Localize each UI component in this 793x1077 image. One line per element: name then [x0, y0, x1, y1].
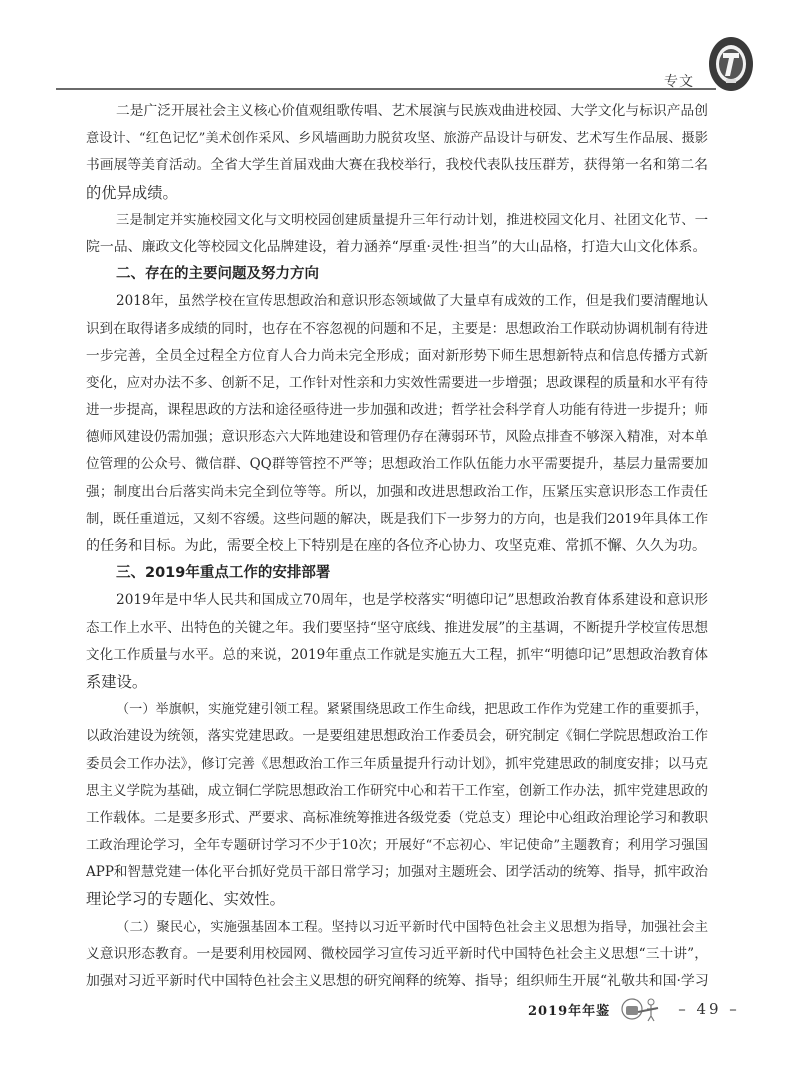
- paragraph-line: 以政治建设为统领，落实党建思政。一是要组建思想政治工作委员会，研究制定《铜仁学院…: [86, 723, 708, 750]
- yearbook-title: 2019年年鉴: [528, 1000, 610, 1019]
- page-number: – 49 –: [678, 1000, 740, 1018]
- section-heading: 二、存在的主要问题及努力方向: [86, 261, 708, 288]
- paragraph-line: 文化工作质量与水平。总的来说，2019年重点工作就是实施五大工程，抓牢“明德印记…: [86, 642, 708, 669]
- paragraph-line: 态工作上水平、出特色的关键之年。我们要坚持“坚守底线、推进发展”的主基调，不断提…: [86, 615, 708, 642]
- page-footer: 2019年年鉴 – 49 –: [528, 996, 740, 1022]
- paragraph-line: 一步完善，全员全过程全方位育人合力尚未完全形成；面对新形势下师生思想新特点和信息…: [86, 343, 708, 370]
- header-divider: [56, 88, 716, 90]
- paragraph-line: 强；制度出台后落实尚未完全到位等等。所以，加强和改进思想政治工作，压紧压实意识形…: [86, 479, 708, 506]
- paragraph-line: （一）举旗帜，实施党建引领工程。紧紧围绕思政工作生命线，把思政工作作为党建工作的…: [86, 696, 708, 723]
- paragraph-line: 义意识形态教育。一是要利用校园网、微校园学习宣传习近平新时代中国特色社会主义思想…: [86, 941, 708, 968]
- paragraph-line: 思主义学院为基础，成立铜仁学院思想政治工作研究中心和若干工作室，创新工作办法，抓…: [86, 778, 708, 805]
- paragraph-line: 意设计、“红色记忆”美术创作采风、乡风墙画助力脱贫攻坚、旅游产品设计与研发、艺术…: [86, 125, 708, 152]
- paragraph-line: 委员会工作办法》，修订完善《思想政治工作三年质量提升行动计划》，抓牢党建思政的制…: [86, 751, 708, 778]
- paragraph-line: 制，既任重道远，又刻不容缓。这些问题的解决，既是我们下一步努力的方向，也是我们2…: [86, 506, 708, 533]
- paragraph-line: （二）聚民心，实施强基固本工程。坚持以习近平新时代中国特色社会主义思想为指导，加…: [86, 914, 708, 941]
- paragraph-line: 工政治理论学习，全年专题研讨学习不少于10次；开展好“不忘初心、牢记使命”主题教…: [86, 832, 708, 859]
- paragraph-line: 德师风建设仍需加强；意识形态六大阵地建设和管理仍存在薄弱环节，风险点排查不够深入…: [86, 424, 708, 451]
- mascot-icon: [618, 996, 662, 1022]
- paragraph-line: 位管理的公众号、微信群、QQ群等管控不严等；思想政治工作队伍能力水平需要提升，基…: [86, 451, 708, 478]
- paragraph-line: 理论学习的专题化、实效性。: [86, 886, 708, 913]
- paragraph-line: 识到在取得诸多成绩的同时，也存在不容忽视的问题和不足，主要是：思想政治工作联动协…: [86, 316, 708, 343]
- paragraph-line: 系建设。: [86, 669, 708, 696]
- paragraph-line: 三是制定并实施校园文化与文明校园创建质量提升三年行动计划，推进校园文化月、社团文…: [86, 207, 708, 234]
- paragraph-line: 院一品、廉政文化等校园文化品牌建设，着力涵养“厚重·灵性·担当”的大山品格，打造…: [86, 234, 708, 261]
- paragraph-line: 进一步提高，课程思政的方法和途径亟待进一步加强和改进；哲学社会科学育人功能有待进…: [86, 397, 708, 424]
- article-body: 二是广泛开展社会主义核心价值观组歌传唱、艺术展演与民族戏曲进校园、大学文化与标识…: [86, 98, 708, 995]
- paragraph-line: 书画展等美育活动。全省大学生首届戏曲大赛在我校举行，我校代表队技压群芳，获得第一…: [86, 152, 708, 179]
- paragraph-line: 加强对习近平新时代中国特色社会主义思想的研究阐释的统筹、指导；组织师生开展“礼敬…: [86, 968, 708, 995]
- section-heading: 三、2019年重点工作的安排部署: [86, 560, 708, 587]
- paragraph-line: APP和智慧党建一体化平台抓好党员干部日常学习；加强对主题班会、团学活动的统筹、…: [86, 859, 708, 886]
- paragraph-line: 二是广泛开展社会主义核心价值观组歌传唱、艺术展演与民族戏曲进校园、大学文化与标识…: [86, 98, 708, 125]
- paragraph-line: 的任务和目标。为此，需要全校上下特别是在座的各位齐心协力、攻坚克难、常抓不懈、久…: [86, 533, 708, 560]
- paragraph-line: 变化，应对办法不多、创新不足，工作针对性亲和力实效性需要进一步增强；思政课程的质…: [86, 370, 708, 397]
- paragraph-line: 2018年，虽然学校在宣传思想政治和意识形态领域做了大量卓有成效的工作，但是我们…: [86, 288, 708, 315]
- university-logo-icon: [708, 36, 754, 92]
- paragraph-line: 工作载体。二是要多形式、严要求、高标准统筹推进各级党委（党总支）理论中心组政治理…: [86, 805, 708, 832]
- paragraph-line: 的优异成绩。: [86, 180, 708, 207]
- paragraph-line: 2019年是中华人民共和国成立70周年，也是学校落实“明德印记”思想政治教育体系…: [86, 587, 708, 614]
